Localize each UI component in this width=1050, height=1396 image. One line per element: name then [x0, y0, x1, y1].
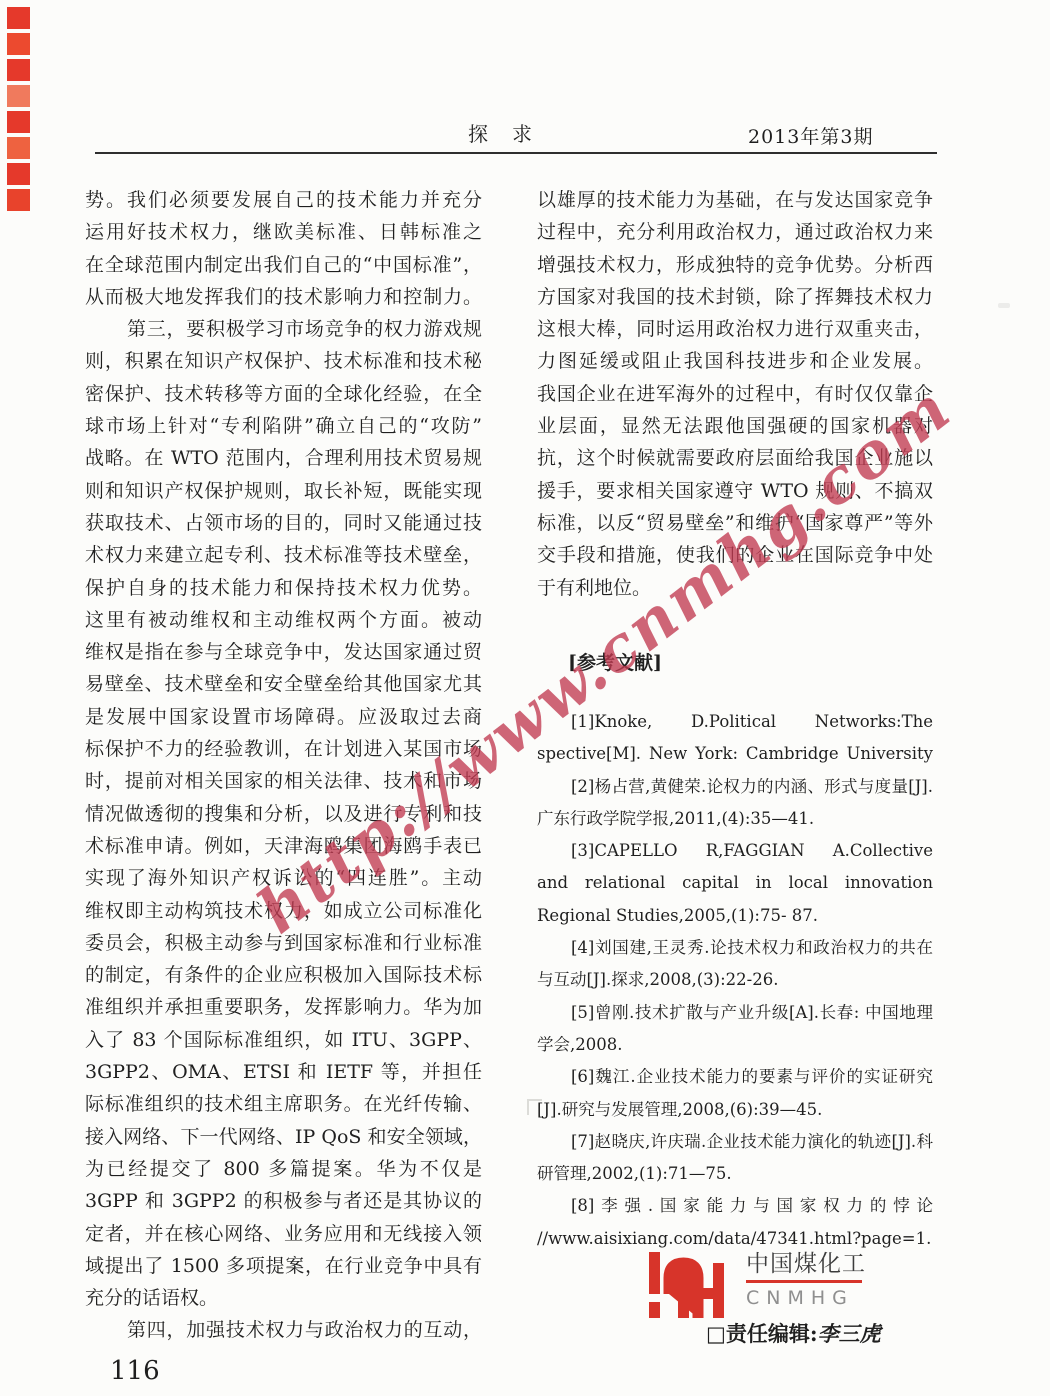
- cnmhg-logo-icon: [648, 1252, 736, 1318]
- text-line: 获取技术、占领市场的目的，同时又能通过技: [85, 507, 482, 539]
- text-line: 广东行政学院学报,2011,(4):35—41.: [537, 803, 933, 835]
- color-bar-block: [7, 7, 30, 29]
- issue-label: 2013年第3期: [748, 122, 873, 149]
- text-line: spective[M]. New York: Cambridge Univers…: [537, 738, 933, 770]
- text-line: [7]赵晓庆,许庆瑞.企业技术能力演化的轨迹[J].科: [537, 1126, 933, 1158]
- text-line: [J].研究与发展管理,2008,(6):39—45.: [537, 1094, 933, 1126]
- color-bar-block: [7, 111, 30, 133]
- text-line: //www.aisixiang.com/data/47341.html?page…: [537, 1223, 933, 1255]
- page-number: 116: [110, 1356, 160, 1386]
- text-line: 战略。在 WTO 范围内，合理利用技术贸易规: [85, 442, 482, 474]
- scanned-journal-page: 探 求 2013年第3期 势。我们必须要发展自己的技术能力并充分运用好技术权力，…: [0, 0, 1050, 1396]
- logo-text-block: 中国煤化工 CNMHG: [746, 1252, 866, 1309]
- text-line: [8]李强.国家能力与国家权力的悖论[EB/OL].http:: [537, 1190, 933, 1222]
- text-line: 密保护、技术转移等方面的全球化经验，在全: [85, 378, 482, 410]
- text-line: 准组织并承担重要职务，发挥影响力。华为加: [85, 991, 482, 1023]
- text-line: 际标准组织的技术组主席职务。在光纤传输、: [85, 1088, 482, 1120]
- text-line: [6]魏江.企业技术能力的要素与评价的实证研究: [537, 1061, 933, 1093]
- text-line: 术权力来建立起专利、技术标准等技术壁垒，: [85, 539, 482, 571]
- text-line: 这里有被动维权和主动维权两个方面。被动: [85, 604, 482, 636]
- logo-underline: [746, 1280, 862, 1283]
- text-line: 方国家对我国的技术封锁，除了挥舞技术权力: [537, 281, 933, 313]
- color-bar-block: [7, 59, 30, 81]
- color-bar-block: [7, 189, 30, 211]
- editor-name: 李三虎: [818, 1321, 881, 1346]
- text-line: 充分的话语权。: [85, 1282, 482, 1314]
- scan-smudge: [998, 303, 1010, 308]
- text-line: 第四，加强技术权力与政治权力的互动，: [85, 1314, 482, 1346]
- text-line: 3GPP 和 3GPP2 的积极参与者还是其协议的制: [85, 1185, 482, 1217]
- logo-abbreviation: CNMHG: [746, 1287, 866, 1309]
- color-bar-block: [7, 137, 30, 159]
- scan-color-bar: [7, 7, 30, 215]
- text-line: 接入网络、下一代网络、IP QoS 和安全领域，华: [85, 1121, 482, 1153]
- text-line: Regional Studies,2005,(1):75- 87.: [537, 900, 933, 932]
- text-line: [4]刘国建,王灵秀.论技术权力和政治权力的共在: [537, 932, 933, 964]
- color-bar-block: [7, 33, 30, 55]
- text-line: [5]曾刚.技术扩散与产业升级[A].长春: 中国地理: [537, 997, 933, 1029]
- text-line: 的制定，有条件的企业应积极加入国际技术标: [85, 959, 482, 991]
- text-line: 这根大棒，同时运用政治权力进行双重夹击，: [537, 313, 933, 345]
- publisher-logo: 中国煤化工 CNMHG: [648, 1252, 866, 1318]
- responsible-editor-line: □责任编辑:李三虎: [706, 1318, 881, 1348]
- text-line: 则，积累在知识产权保护、技术标准和技术秘: [85, 345, 482, 377]
- references-list: [1]Knoke, D.Political Networks:The Struc…: [537, 706, 933, 1255]
- text-line: 维权是指在参与全球竞争中，发达国家通过贸: [85, 636, 482, 668]
- text-line: 域提出了 1500 多项提案，在行业竞争中具有: [85, 1250, 482, 1282]
- text-line: 力图延缓或阻止我国科技进步和企业发展。: [537, 345, 933, 377]
- color-bar-block: [7, 85, 30, 107]
- text-line: and relational capital in local innovati…: [537, 867, 933, 899]
- text-line: 第三，要积极学习市场竞争的权力游戏规: [85, 313, 482, 345]
- text-line: 过程中，充分利用政治权力，通过政治权力来: [537, 216, 933, 248]
- text-line: 势。我们必须要发展自己的技术能力并充分: [85, 184, 482, 216]
- text-line: 定者，并在核心网络、业务应用和无线接入领: [85, 1218, 482, 1250]
- text-line: 在全球范围内制定出我们自己的“中国标准”，: [85, 249, 482, 281]
- text-line: 3GPP2、OMA、ETSI 和 IETF 等，并担任多个国: [85, 1056, 482, 1088]
- text-line: 增强技术权力，形成独特的竞争优势。分析西: [537, 249, 933, 281]
- text-line: 易壁垒、技术壁垒和安全壁垒给其他国家尤其: [85, 668, 482, 700]
- text-line: 球市场上针对“专利陷阱”确立自己的“攻防”: [85, 410, 482, 442]
- text-line: 学会,2008.: [537, 1029, 933, 1061]
- text-line: 与互动[J].探求,2008,(3):22-26.: [537, 964, 933, 996]
- text-line: 运用好技术权力，继欧美标准、日韩标准之后，: [85, 216, 482, 248]
- text-line: [3]CAPELLO R,FAGGIAN A.Collective learni…: [537, 835, 933, 867]
- text-line: 为已经提交了 800 多篇提案。华为不仅是: [85, 1153, 482, 1185]
- color-bar-block: [7, 163, 30, 185]
- text-line: 保护自身的技术能力和保持技术权力优势。: [85, 572, 482, 604]
- logo-company-name: 中国煤化工: [746, 1252, 866, 1277]
- text-line: 以雄厚的技术能力为基础，在与发达国家竞争: [537, 184, 933, 216]
- journal-title: 探 求: [468, 118, 534, 147]
- text-line: 研管理,2002,(1):71—75.: [537, 1158, 933, 1190]
- text-line: [2]杨占营,黄健荣.论权力的内涵、形式与度量[J].: [537, 771, 933, 803]
- text-line: 入了 83 个国际标准组织，如 ITU、3GPP、: [85, 1024, 482, 1056]
- text-line: 是发展中国家设置市场障碍。应汲取过去商: [85, 701, 482, 733]
- editor-label: □责任编辑:: [706, 1321, 818, 1346]
- header-rule: [95, 152, 937, 154]
- scan-smudge: [527, 1099, 542, 1115]
- text-line: 从而极大地发挥我们的技术影响力和控制力。: [85, 281, 482, 313]
- text-line: 则和知识产权保护规则，取长补短，既能实现: [85, 475, 482, 507]
